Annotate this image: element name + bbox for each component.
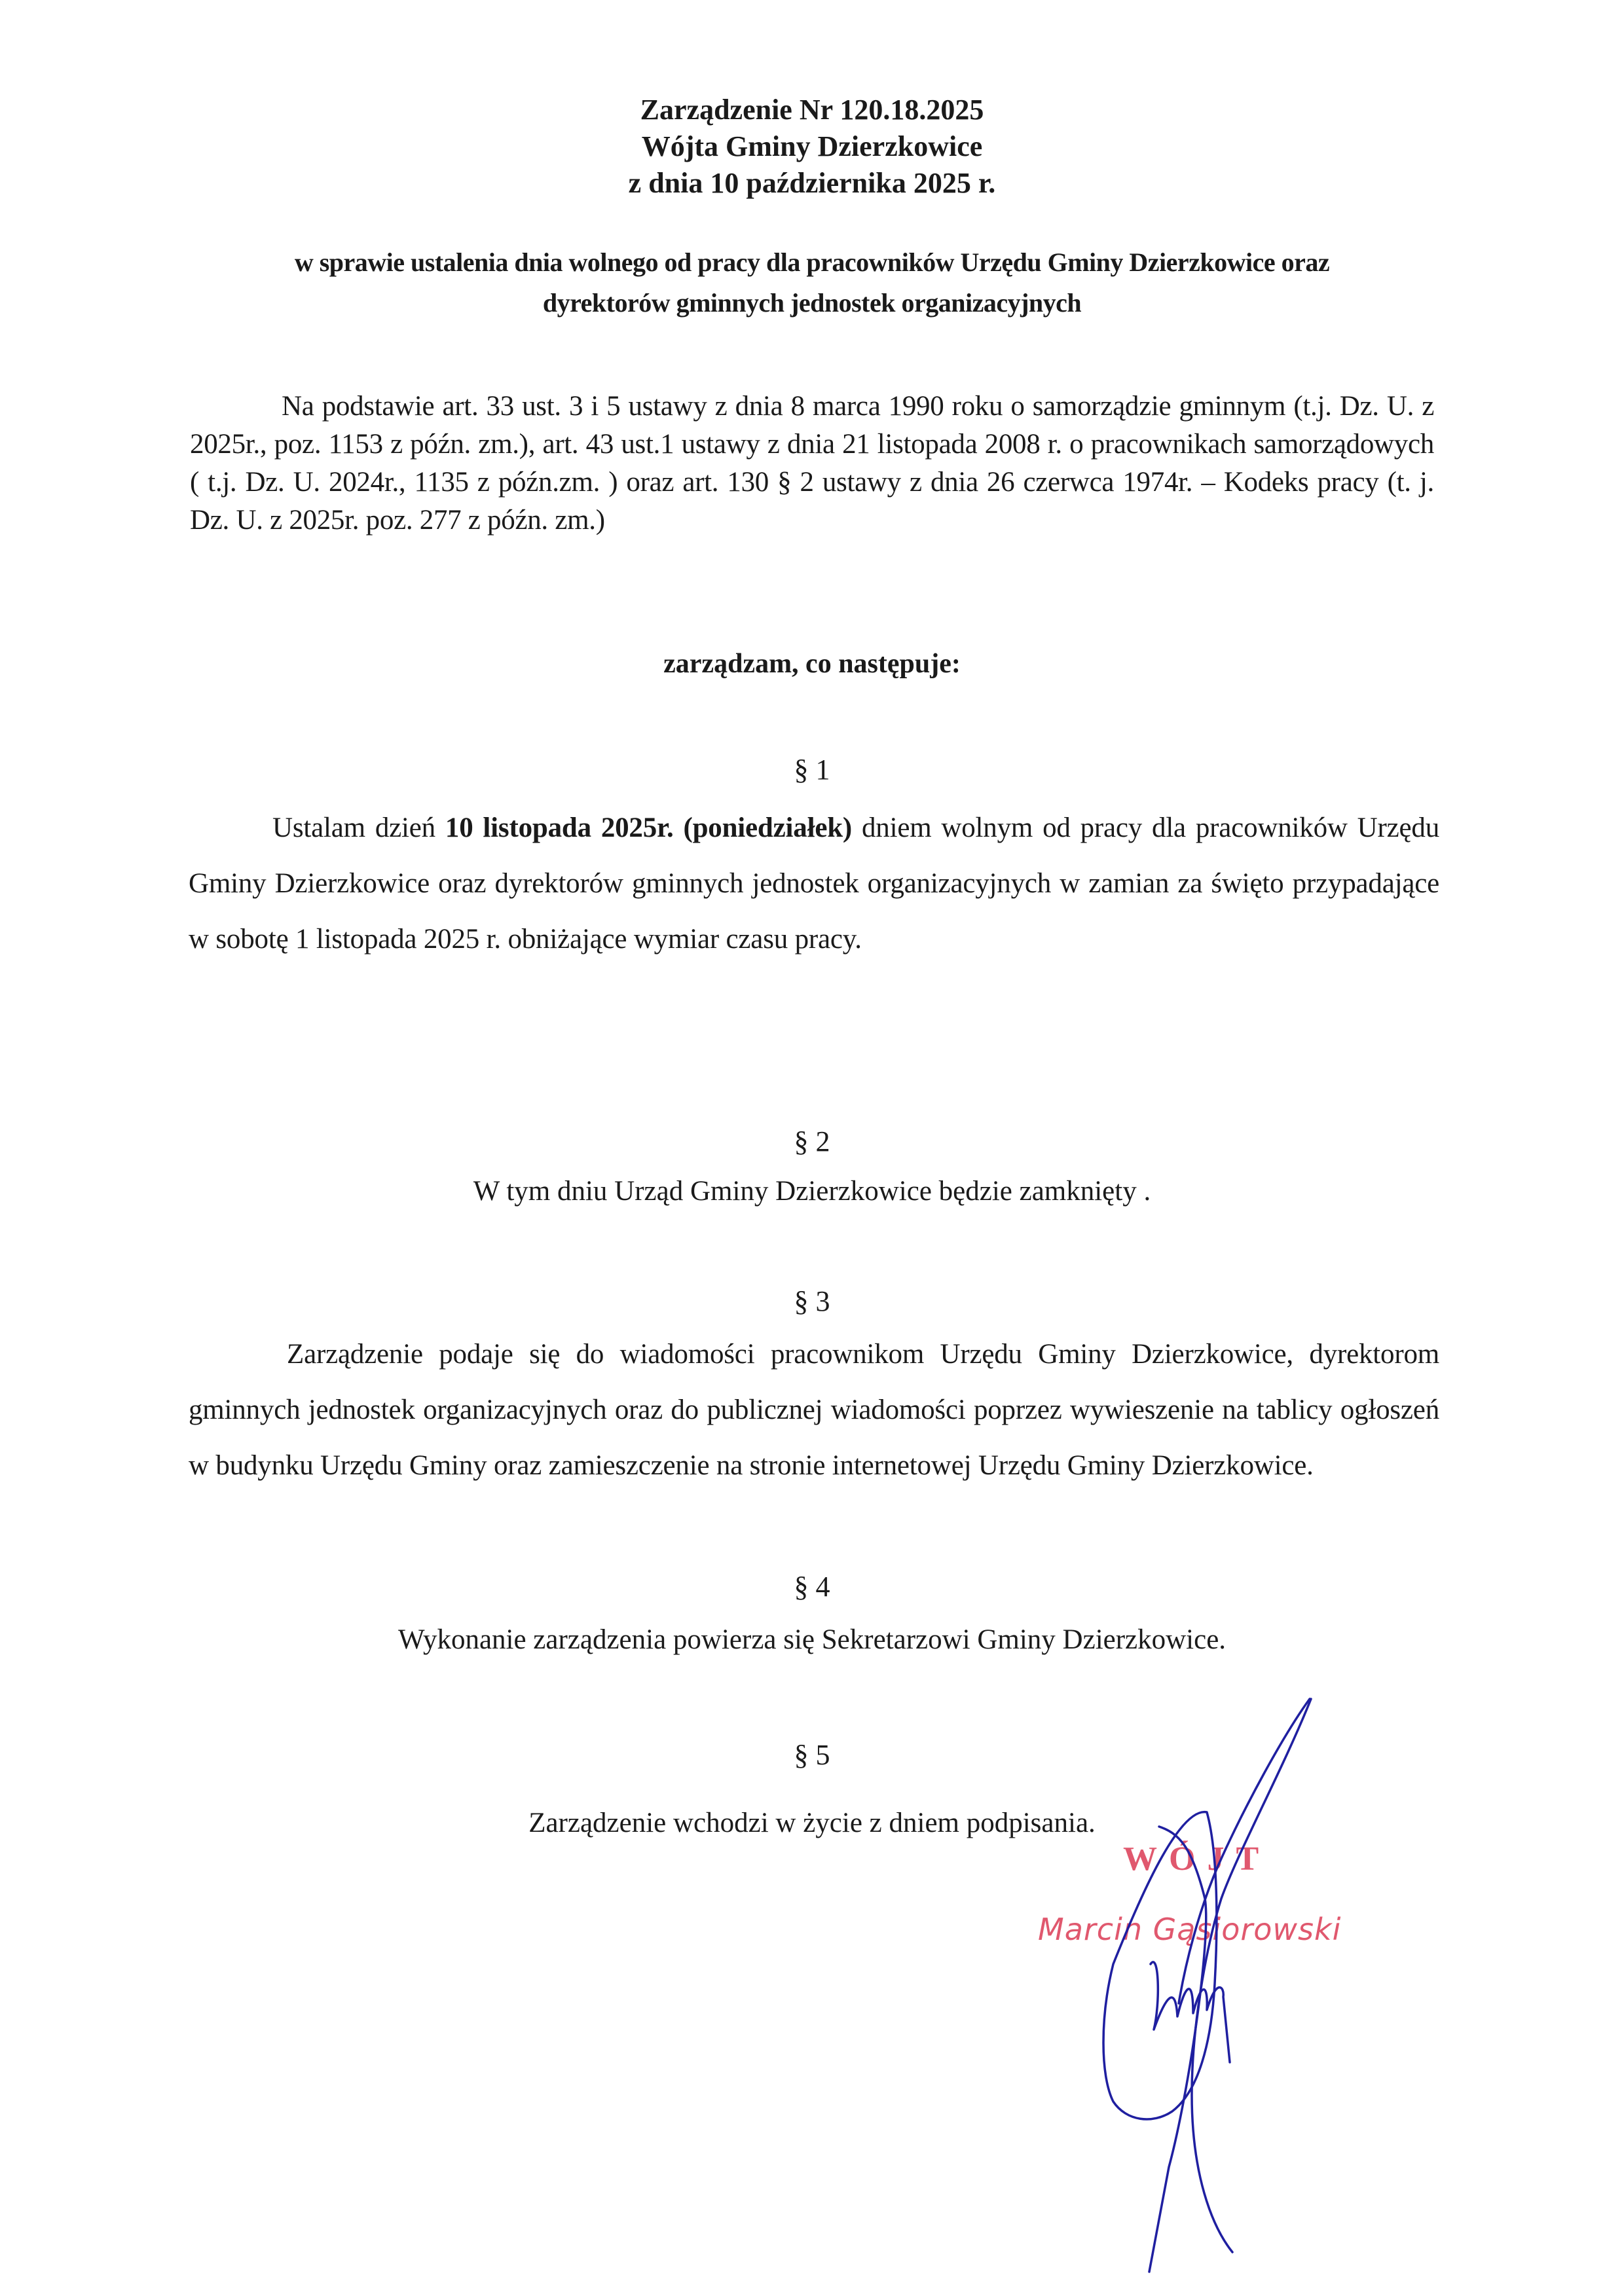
subject-line-1: w sprawie ustalenia dnia wolnego od prac… [0, 242, 1624, 283]
section-5-text: Zarządzenie wchodzi w życie z dniem podp… [0, 1807, 1624, 1839]
stamp-title: WÓJT [1123, 1840, 1270, 1878]
issue-date: z dnia 10 października 2025 r. [0, 165, 1624, 202]
stamp-name: Marcin Gąsiorowski [1038, 1912, 1341, 1947]
section-5-heading: § 5 [0, 1738, 1624, 1772]
document-page: Zarządzenie Nr 120.18.2025 Wójta Gminy D… [0, 0, 1624, 2296]
section-1-heading: § 1 [0, 753, 1624, 786]
section-1-date: 10 listopada 2025r. (poniedziałek) [445, 812, 852, 843]
decree-phrase: zarządzam, co następuje: [0, 648, 1624, 680]
section-2-text: W tym dniu Urząd Gminy Dzierzkowice będz… [0, 1175, 1624, 1207]
section-4-text: Wykonanie zarządzenia powierza się Sekre… [0, 1624, 1624, 1656]
section-1-text: Ustalam dzień 10 listopada 2025r. (ponie… [189, 800, 1439, 967]
section-3-text: Zarządzenie podaje się do wiadomości pra… [189, 1326, 1439, 1493]
section-4-heading: § 4 [0, 1570, 1624, 1603]
legal-basis: Na podstawie art. 33 ust. 3 i 5 ustawy z… [190, 388, 1434, 539]
section-2-heading: § 2 [0, 1125, 1624, 1158]
document-header: Zarządzenie Nr 120.18.2025 Wójta Gminy D… [0, 92, 1624, 202]
section-3-heading: § 3 [0, 1285, 1624, 1318]
subject-line-2: dyrektorów gminnych jednostek organizacy… [0, 283, 1624, 323]
section-1-text-start: Ustalam dzień [272, 812, 445, 843]
document-subject: w sprawie ustalenia dnia wolnego od prac… [0, 242, 1624, 323]
ordinance-number: Zarządzenie Nr 120.18.2025 [0, 92, 1624, 128]
issuer: Wójta Gminy Dzierzkowice [0, 128, 1624, 165]
